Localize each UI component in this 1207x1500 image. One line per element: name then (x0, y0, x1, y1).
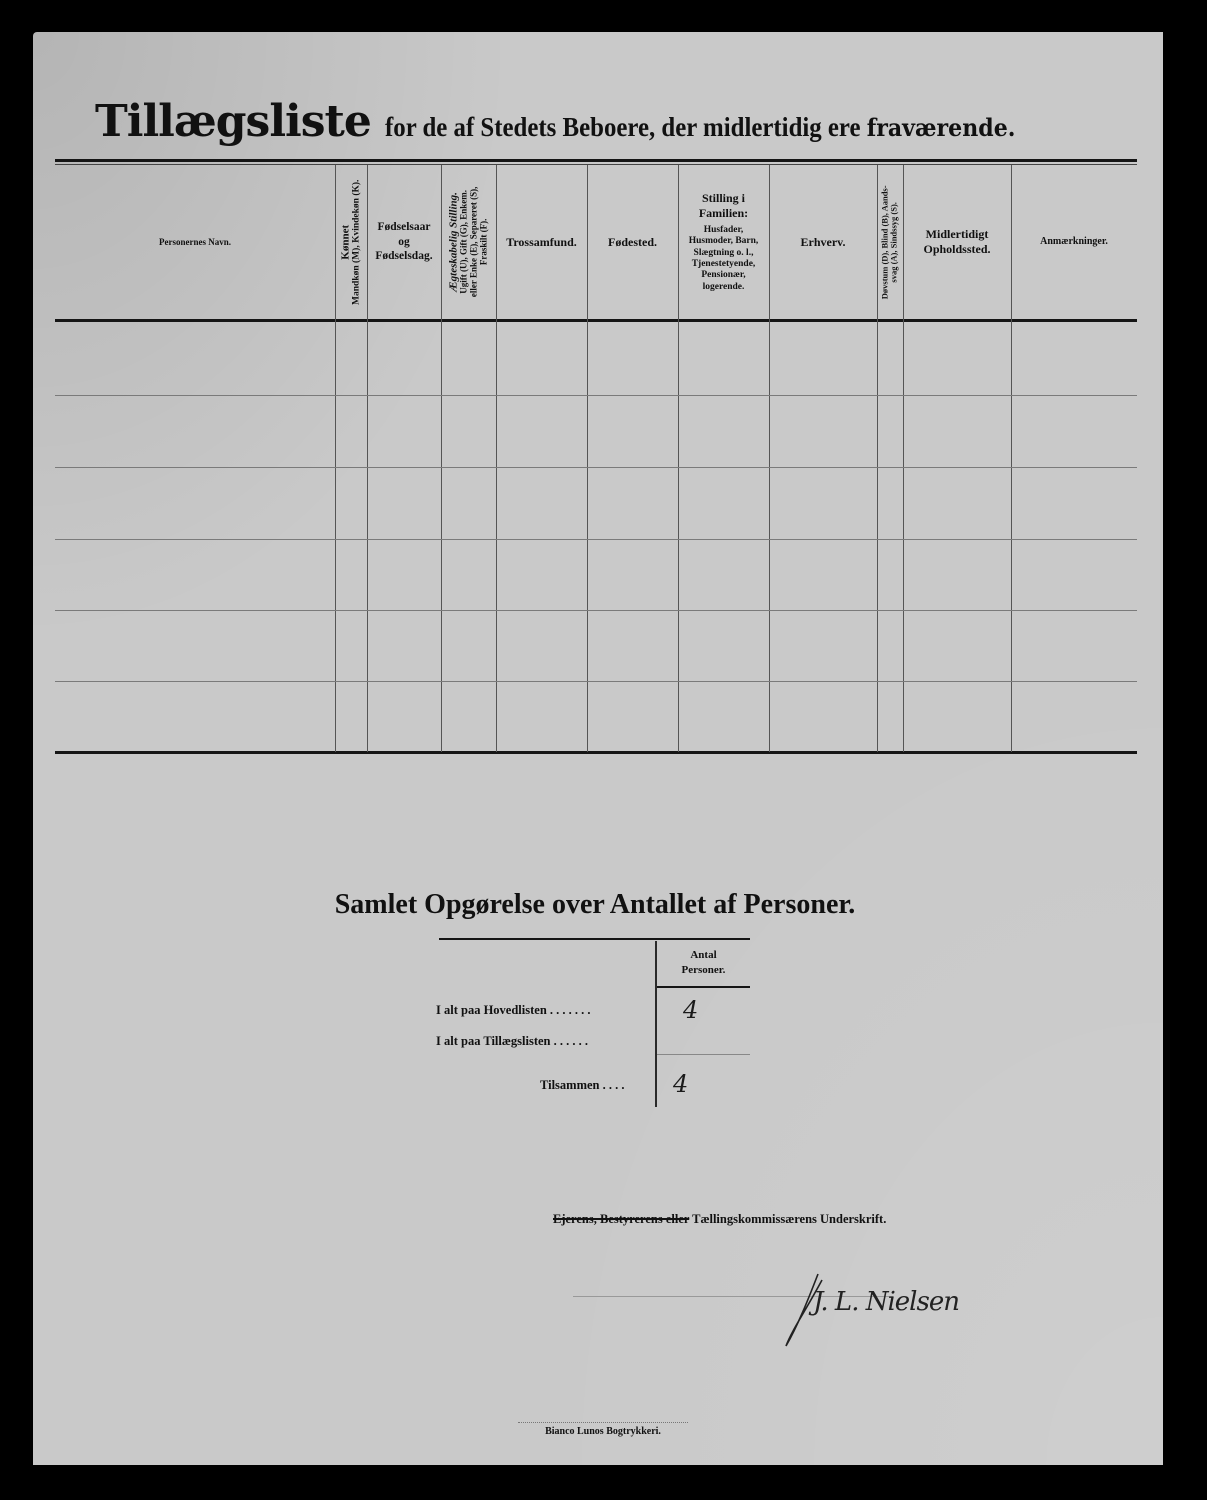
top-rule (55, 159, 1137, 162)
summary-label-hovedlisten: I alt paa Hovedlisten . . . . . . . (436, 1003, 591, 1018)
summary-value-tilsammen[interactable]: 4 (673, 1070, 688, 1098)
summary-top-rule (439, 938, 750, 940)
col-header-sublabel: Mandkøn (M), Kvindekøn (K). (352, 179, 362, 304)
census-form-page: Tillægsliste for de af Stedets Beboere, … (33, 32, 1163, 1465)
form-title-main: Tillægsliste (95, 96, 371, 147)
table-row (55, 682, 1137, 751)
summary-count-header: Antal Personer. (657, 948, 750, 978)
cell-navn[interactable] (61, 488, 331, 518)
col-header-sublabel: svag (A), Sindssyg (S). (890, 202, 899, 283)
col-header-tro: Trossamfund. (496, 165, 587, 319)
summary-label-tilsammen: Tilsammen . . . . (540, 1078, 625, 1093)
col-header-label: Midlertidigt (923, 227, 990, 242)
col-header-label: Kønnet (340, 225, 352, 260)
col-header-anm: Anmærkninger. (1011, 165, 1137, 319)
cell-navn[interactable] (61, 702, 331, 732)
signature-label-text: Tællingskommissærens Underskrift. (692, 1212, 886, 1226)
form-title-subtitle: for de af Stedets Beboere, der midlertid… (385, 112, 1015, 143)
table-row (55, 611, 1137, 681)
col-header-fodsel: Fødselsaar og Fødselsdag. (367, 165, 441, 319)
printer-imprint: Bianco Lunos Bogtrykkeri. (518, 1422, 688, 1437)
col-header-label: Opholdssted. (923, 242, 990, 257)
col-header-label: Stilling i (682, 191, 765, 206)
col-header-label: Fødselsaar (375, 220, 432, 234)
signature-label-struck: Ejerens, Bestyrerens eller (553, 1212, 689, 1226)
col-header-label: Anmærkninger. (1040, 236, 1108, 248)
col-header-sublabel: Fraskilt (F). (480, 219, 490, 266)
col-header-label: Erhverv. (801, 235, 846, 250)
cell-navn[interactable] (61, 560, 331, 590)
col-header-ophold: Midlertidigt Opholdssted. (903, 165, 1011, 319)
summary-header-rule (657, 986, 750, 988)
summary-title: Samlet Opgørelse over Antallet af Person… (305, 889, 885, 921)
summary-count-header-label: Personer. (657, 963, 750, 978)
table-bottom-rule (55, 751, 1137, 754)
col-header-navn: Personernes Navn. (55, 165, 335, 319)
cell-navn[interactable] (61, 416, 331, 446)
signature-flourish-icon (778, 1270, 838, 1350)
table-row (55, 468, 1137, 539)
table-row (55, 396, 1137, 467)
col-header-label: og (375, 235, 432, 249)
col-header-label: Fødselsdag. (375, 249, 432, 263)
col-header-kjon: Kønnet Mandkøn (M), Kvindekøn (K). (335, 165, 367, 319)
summary-value-hovedlisten[interactable]: 4 (683, 996, 698, 1024)
col-header-fodested: Fødested. (587, 165, 678, 319)
col-header-label: Personernes Navn. (159, 237, 231, 247)
col-header-label: Familien: (682, 206, 765, 221)
signature-label: Ejerens, Bestyrerens eller Tællingskommi… (553, 1212, 886, 1227)
form-title: Tillægsliste for de af Stedets Beboere, … (95, 96, 1125, 156)
form-title-emphasis: fraværende. (867, 113, 1016, 142)
cell-navn[interactable] (61, 631, 331, 661)
table-row (55, 323, 1137, 395)
summary-label-tillaegslisten: I alt paa Tillægslisten . . . . . . (436, 1034, 588, 1049)
col-header-aegteskab: Ægteskabelig Stilling. Ugift (U), Gift (… (441, 165, 496, 319)
summary-subtotal-rule (657, 1054, 750, 1055)
col-header-handicap: Døvstum (D), Blind (B), Aands- svag (A),… (877, 165, 903, 319)
table-row (55, 540, 1137, 610)
summary-count-header-label: Antal (657, 948, 750, 963)
col-header-stilling: Stilling i Familien: Husfader, Husmoder,… (678, 165, 769, 319)
col-header-label: Fødested. (608, 235, 657, 250)
cell-navn[interactable] (61, 343, 331, 373)
col-header-erhverv: Erhverv. (769, 165, 877, 319)
col-header-sublabel: Husfader, Husmoder, Barn, Slægtning o. l… (682, 225, 765, 293)
col-header-label: Trossamfund. (506, 235, 577, 250)
header-bottom-rule (55, 319, 1137, 322)
form-title-rest: for de af Stedets Beboere, der midlertid… (385, 112, 861, 142)
